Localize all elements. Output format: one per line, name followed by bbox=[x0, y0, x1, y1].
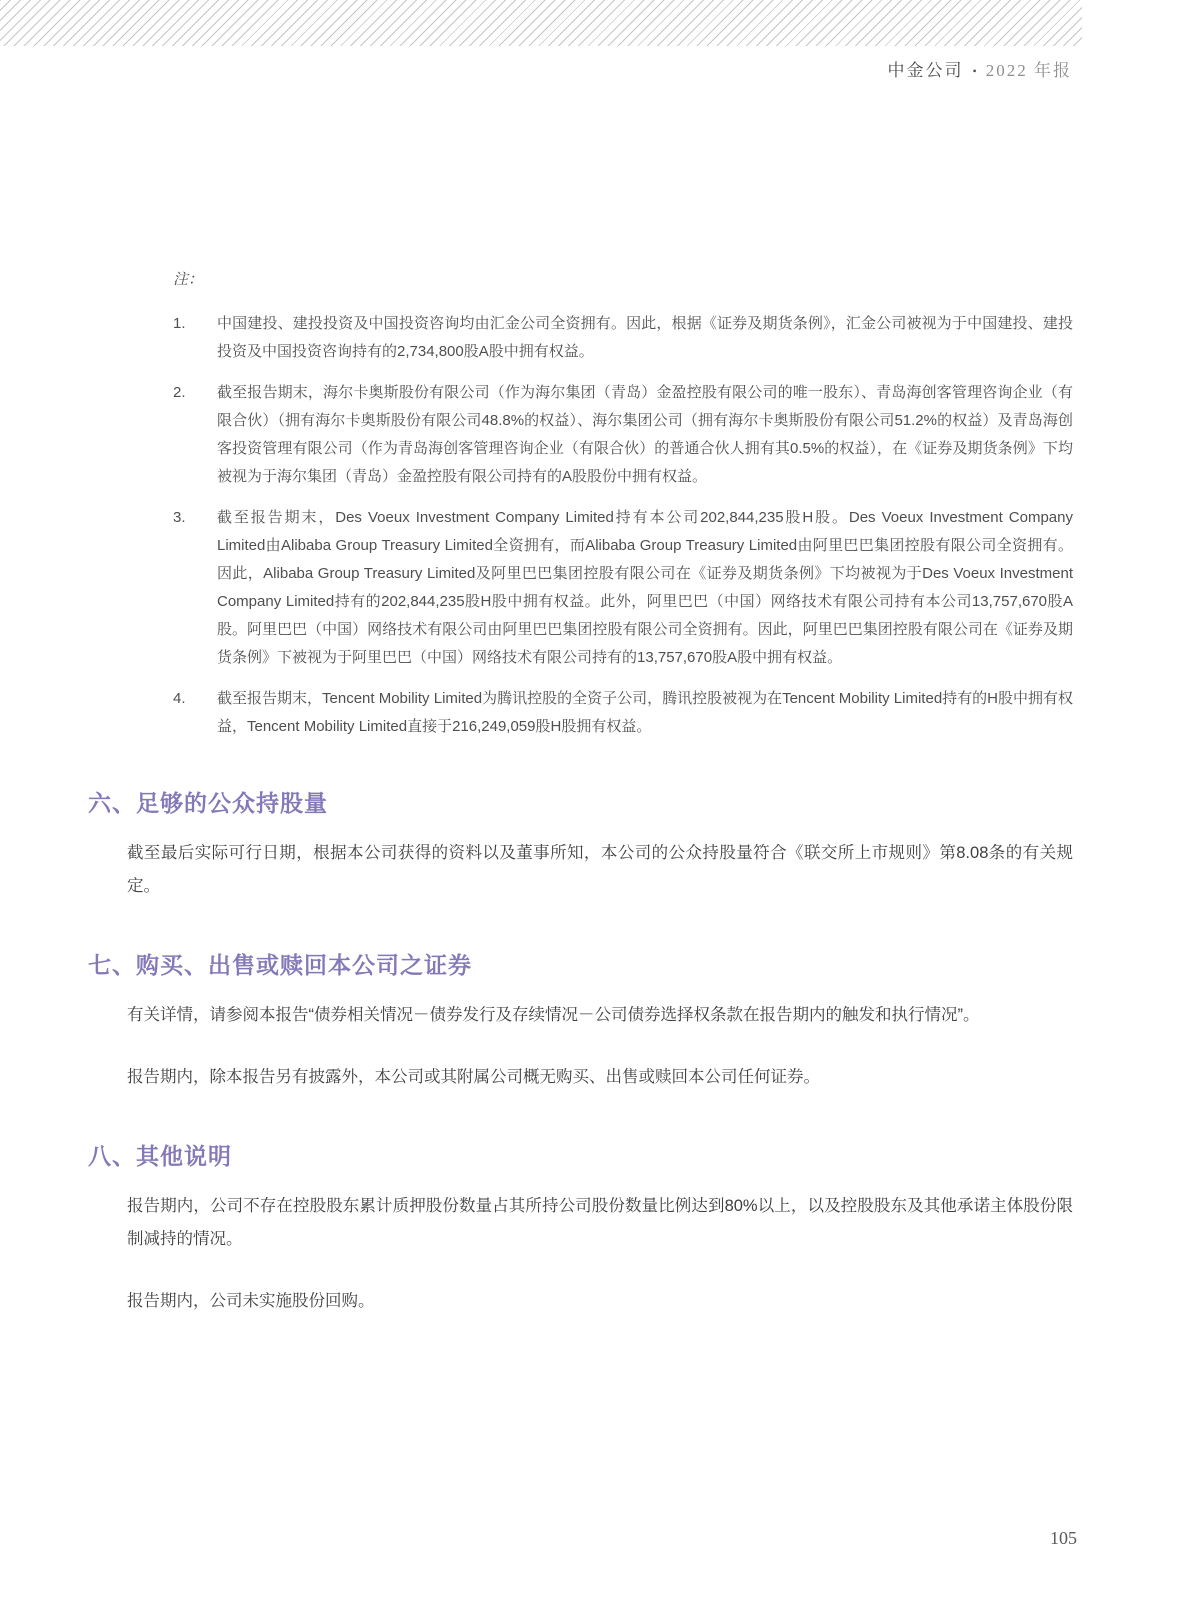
note-number: 1. bbox=[173, 310, 217, 366]
page-number: 105 bbox=[0, 1528, 1077, 1549]
page-header: 中金公司•2022 年报 bbox=[0, 56, 1072, 81]
report-page: 中金公司•2022 年报 注： 1. 中国建投、建投投资及中国投资咨询均由汇金公… bbox=[0, 0, 1190, 1615]
note-item-3: 3. 截至报告期末，Des Voeux Investment Company L… bbox=[88, 504, 1073, 672]
section-paragraph: 报告期内，公司不存在控股股东累计质押股份数量占其所持公司股份数量比例达到80%以… bbox=[127, 1190, 1073, 1256]
note-number: 4. bbox=[173, 685, 217, 741]
section-heading: 七、购买、出售或赎回本公司之证券 bbox=[88, 947, 1073, 980]
section-heading: 六、足够的公众持股量 bbox=[88, 785, 1073, 818]
note-item-1: 1. 中国建投、建投投资及中国投资咨询均由汇金公司全资拥有。因此，根据《证券及期… bbox=[88, 310, 1073, 366]
page-content: 注： 1. 中国建投、建投投资及中国投资咨询均由汇金公司全资拥有。因此，根据《证… bbox=[88, 266, 1073, 1347]
company-name: 中金公司 bbox=[888, 61, 964, 80]
note-number: 3. bbox=[173, 504, 217, 672]
note-item-2: 2. 截至报告期末，海尔卡奥斯股份有限公司（作为海尔集团（青岛）金盈控股有限公司… bbox=[88, 379, 1073, 491]
section-paragraph: 报告期内，除本报告另有披露外，本公司或其附属公司概无购买、出售或赎回本公司任何证… bbox=[127, 1061, 1073, 1094]
decorative-hatch-band bbox=[0, 0, 1082, 46]
note-item-4: 4. 截至报告期末，Tencent Mobility Limited为腾讯控股的… bbox=[88, 685, 1073, 741]
notes-label: 注： bbox=[173, 266, 1073, 294]
note-text: 截至报告期末，Tencent Mobility Limited为腾讯控股的全资子… bbox=[217, 685, 1073, 741]
section-heading: 八、其他说明 bbox=[88, 1138, 1073, 1171]
section-other-notes: 八、其他说明 报告期内，公司不存在控股股东累计质押股份数量占其所持公司股份数量比… bbox=[88, 1138, 1073, 1318]
notes-block: 注： 1. 中国建投、建投投资及中国投资咨询均由汇金公司全资拥有。因此，根据《证… bbox=[88, 266, 1073, 741]
section-paragraph: 截至最后实际可行日期，根据本公司获得的资料以及董事所知，本公司的公众持股量符合《… bbox=[127, 837, 1073, 903]
section-sufficient-public-float: 六、足够的公众持股量 截至最后实际可行日期，根据本公司获得的资料以及董事所知，本… bbox=[88, 785, 1073, 903]
note-text: 截至报告期末，Des Voeux Investment Company Limi… bbox=[217, 504, 1073, 672]
section-paragraph: 有关详情，请参阅本报告“债券相关情况－债券发行及存续情况－公司债券选择权条款在报… bbox=[127, 999, 1073, 1032]
note-text: 中国建投、建投投资及中国投资咨询均由汇金公司全资拥有。因此，根据《证券及期货条例… bbox=[217, 310, 1073, 366]
report-edition: 2022 年报 bbox=[986, 61, 1072, 80]
note-number: 2. bbox=[173, 379, 217, 491]
header-bullet: • bbox=[973, 64, 977, 78]
note-text: 截至报告期末，海尔卡奥斯股份有限公司（作为海尔集团（青岛）金盈控股有限公司的唯一… bbox=[217, 379, 1073, 491]
section-purchase-sale-redemption: 七、购买、出售或赎回本公司之证券 有关详情，请参阅本报告“债券相关情况－债券发行… bbox=[88, 947, 1073, 1094]
section-paragraph: 报告期内，公司未实施股份回购。 bbox=[127, 1285, 1073, 1318]
